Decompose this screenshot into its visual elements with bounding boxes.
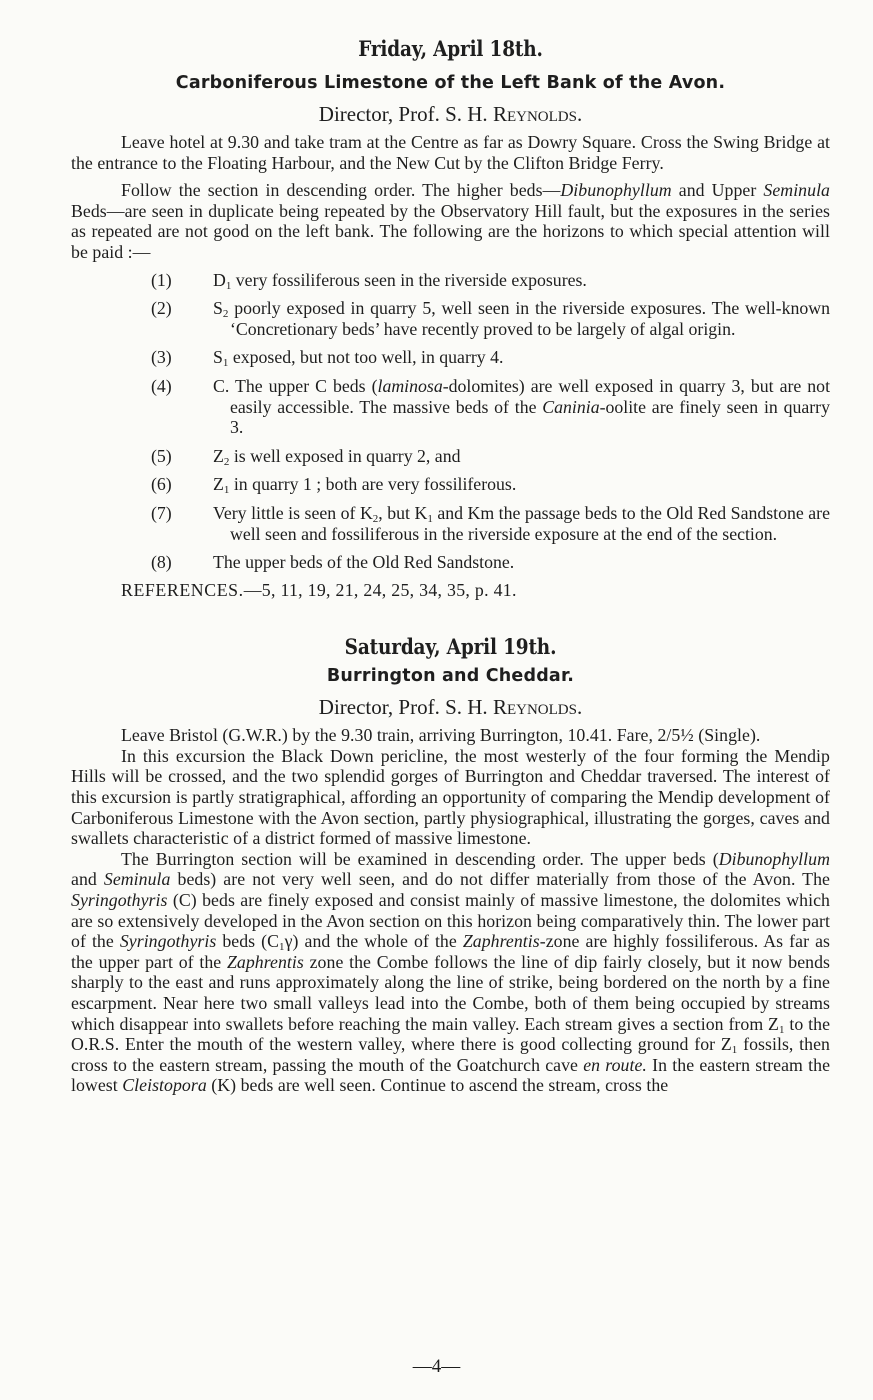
excursion-title: Burrington and Cheddar. [71,664,830,688]
text-run: (K) beds are well seen. Continue to asce… [207,1075,668,1095]
list-item: (6)Z1 in quarry 1 ; both are very fossil… [71,474,830,495]
item-number: (5) [151,446,172,467]
item-text: C. The upper C beds ( [213,376,378,396]
references-list: —5, 11, 19, 21, 24, 25, 34, 35, p. 41. [244,580,517,600]
text-run: and [71,869,104,889]
director-line: Director, Prof. S. H. Reynolds. [71,693,830,721]
item-number: (8) [151,552,172,573]
item-number: (3) [151,347,172,368]
taxon-name: laminosa [378,376,443,396]
paragraph-section-order: Follow the section in descending order. … [71,180,830,262]
list-item: (3)S1 exposed, but not too well, in quar… [71,347,830,368]
list-item: (8)The upper beds of the Old Red Sandsto… [71,552,830,573]
horizons-list: (1)D1 very fossiliferous seen in the riv… [71,270,830,573]
item-text: , but K [378,503,427,523]
taxon-name: Caninia [542,397,599,417]
text-run: The Burrington section will be examined … [121,849,719,869]
item-number: (2) [151,298,172,319]
taxon-name: Zaphrentis [227,952,304,972]
page-number: —4— [0,1356,873,1378]
item-text: The upper beds of the Old Red Sandstone. [213,552,514,572]
day-heading: Saturday, April 19th. [117,632,785,662]
paragraph-itinerary: Leave Bristol (G.W.R.) by the 9.30 train… [71,725,830,746]
taxon-name: Zaphrentis [463,931,540,951]
list-item: (7)Very little is seen of K2, but K1 and… [71,503,830,544]
list-item: (4)C. The upper C beds (laminosa-dolomit… [71,376,830,438]
item-text: is well exposed in quarry 2, and [229,446,460,466]
item-number: (1) [151,270,172,291]
taxon-name: Syringothyris [71,890,167,910]
director-surname: Reynolds. [493,102,582,126]
excursion-title: Carboniferous Limestone of the Left Bank… [71,71,830,95]
text-run: Beds—are seen in duplicate being repeate… [71,201,830,262]
day-heading: Friday, April 18th. [117,34,785,64]
paragraph-overview: In this excursion the Black Down pericli… [71,746,830,849]
list-item: (1)D1 very fossiliferous seen in the riv… [71,270,830,291]
excursion-friday: Friday, April 18th. Carboniferous Limest… [71,34,830,600]
zone-symbol: Z [213,474,224,494]
taxon-name: Dibunophyllum [560,180,671,200]
excursion-saturday: Saturday, April 19th. Burrington and Che… [71,632,830,1096]
text-run: beds (C [216,931,279,951]
list-item: (2)S2 poorly exposed in quarry 5, well s… [71,298,830,339]
item-text: very fossiliferous seen in the riverside… [231,270,587,290]
text-run: beds) are not very well seen, and do not… [170,869,830,889]
zone-symbol: Z [213,446,224,466]
item-number: (6) [151,474,172,495]
references-label: REFERENCES. [121,580,244,600]
item-text: in quarry 1 ; both are very fossiliferou… [229,474,516,494]
list-item: (5)Z2 is well exposed in quarry 2, and [71,446,830,467]
director-line: Director, Prof. S. H. Reynolds. [71,100,830,128]
director-surname: Reynolds. [493,695,582,719]
item-number: (7) [151,503,172,524]
taxon-name: Syringothyris [120,931,216,951]
director-prefix: Director, Prof. S. H. [319,102,493,126]
text-run: γ) and the whole of the [285,931,463,951]
taxon-name: Seminula [104,869,171,889]
text-run: and Upper [672,180,764,200]
item-text: poorly exposed in quarry 5, well seen in… [228,298,830,339]
paragraph-itinerary: Leave hotel at 9.30 and take tram at the… [71,132,830,173]
text-run: Follow the section in descending order. … [121,180,560,200]
references-line: REFERENCES.—5, 11, 19, 21, 24, 25, 34, 3… [121,580,830,601]
latin-phrase: en route. [583,1055,647,1075]
paragraph-burrington-section: The Burrington section will be examined … [71,849,830,1096]
taxon-name: Seminula [763,180,830,200]
taxon-name: Dibunophyllum [719,849,830,869]
item-text: exposed, but not too well, in quarry 4. [228,347,503,367]
zone-symbol: S [213,347,223,367]
item-text: Very little is seen of K [213,503,373,523]
director-prefix: Director, Prof. S. H. [319,695,493,719]
taxon-name: Cleistopora [122,1075,207,1095]
zone-symbol: D [213,270,226,290]
zone-symbol: S [213,298,223,318]
item-number: (4) [151,376,172,397]
document-page: Friday, April 18th. Carboniferous Limest… [71,34,830,1096]
